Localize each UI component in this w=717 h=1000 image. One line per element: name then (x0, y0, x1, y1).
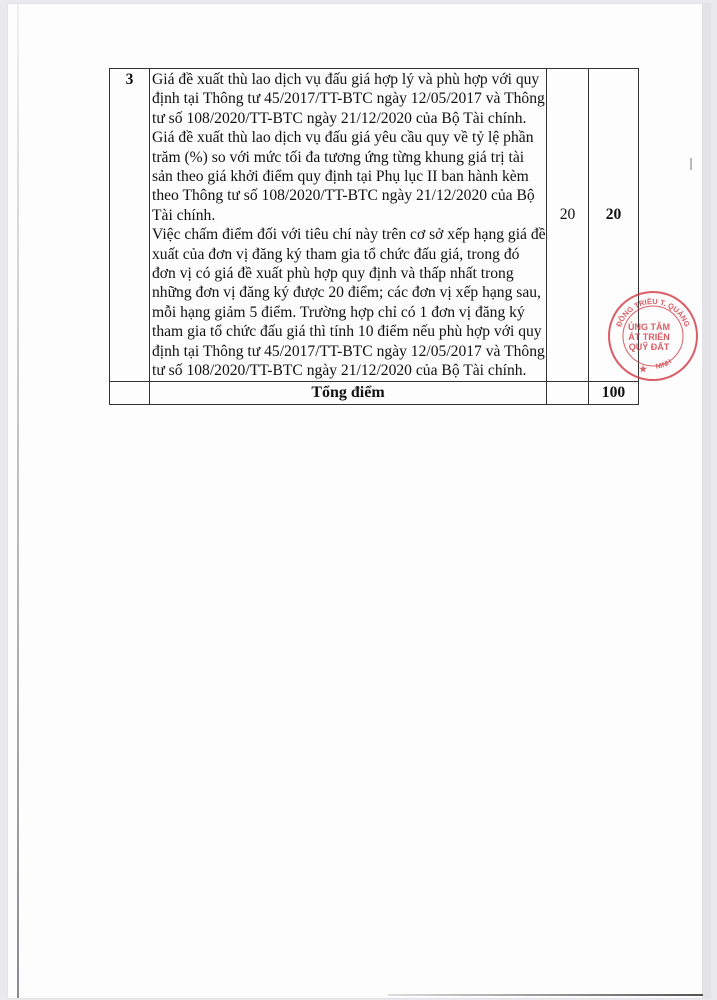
max-score: 20 (560, 206, 576, 223)
page-edge-left (17, 4, 19, 998)
score: 20 (606, 206, 622, 223)
page-edge-bottom (388, 994, 703, 996)
criterion-paragraph: Việc chấm điểm đối với tiêu chí này trên… (152, 225, 546, 380)
scan-speck (690, 158, 692, 170)
total-max-score (547, 381, 589, 404)
table-row: 3 Giá đề xuất thù lao dịch vụ đấu giá hợ… (110, 69, 639, 382)
page-edge-right (702, 4, 710, 998)
total-score: 100 (589, 381, 639, 404)
max-score-cell: 20 (547, 69, 589, 382)
criterion-number: 3 (110, 69, 150, 382)
criterion-description: Giá đề xuất thù lao dịch vụ đấu giá hợp … (150, 69, 547, 382)
total-row: Tổng điểm 100 (110, 381, 639, 404)
score-cell: 20 (589, 69, 639, 382)
scoring-criteria-table: 3 Giá đề xuất thù lao dịch vụ đấu giá hợ… (109, 68, 639, 405)
total-empty-cell (110, 381, 150, 404)
criterion-paragraph: Giá đề xuất thù lao dịch vụ đấu giá hợp … (152, 70, 546, 225)
total-label: Tổng điểm (150, 381, 547, 404)
